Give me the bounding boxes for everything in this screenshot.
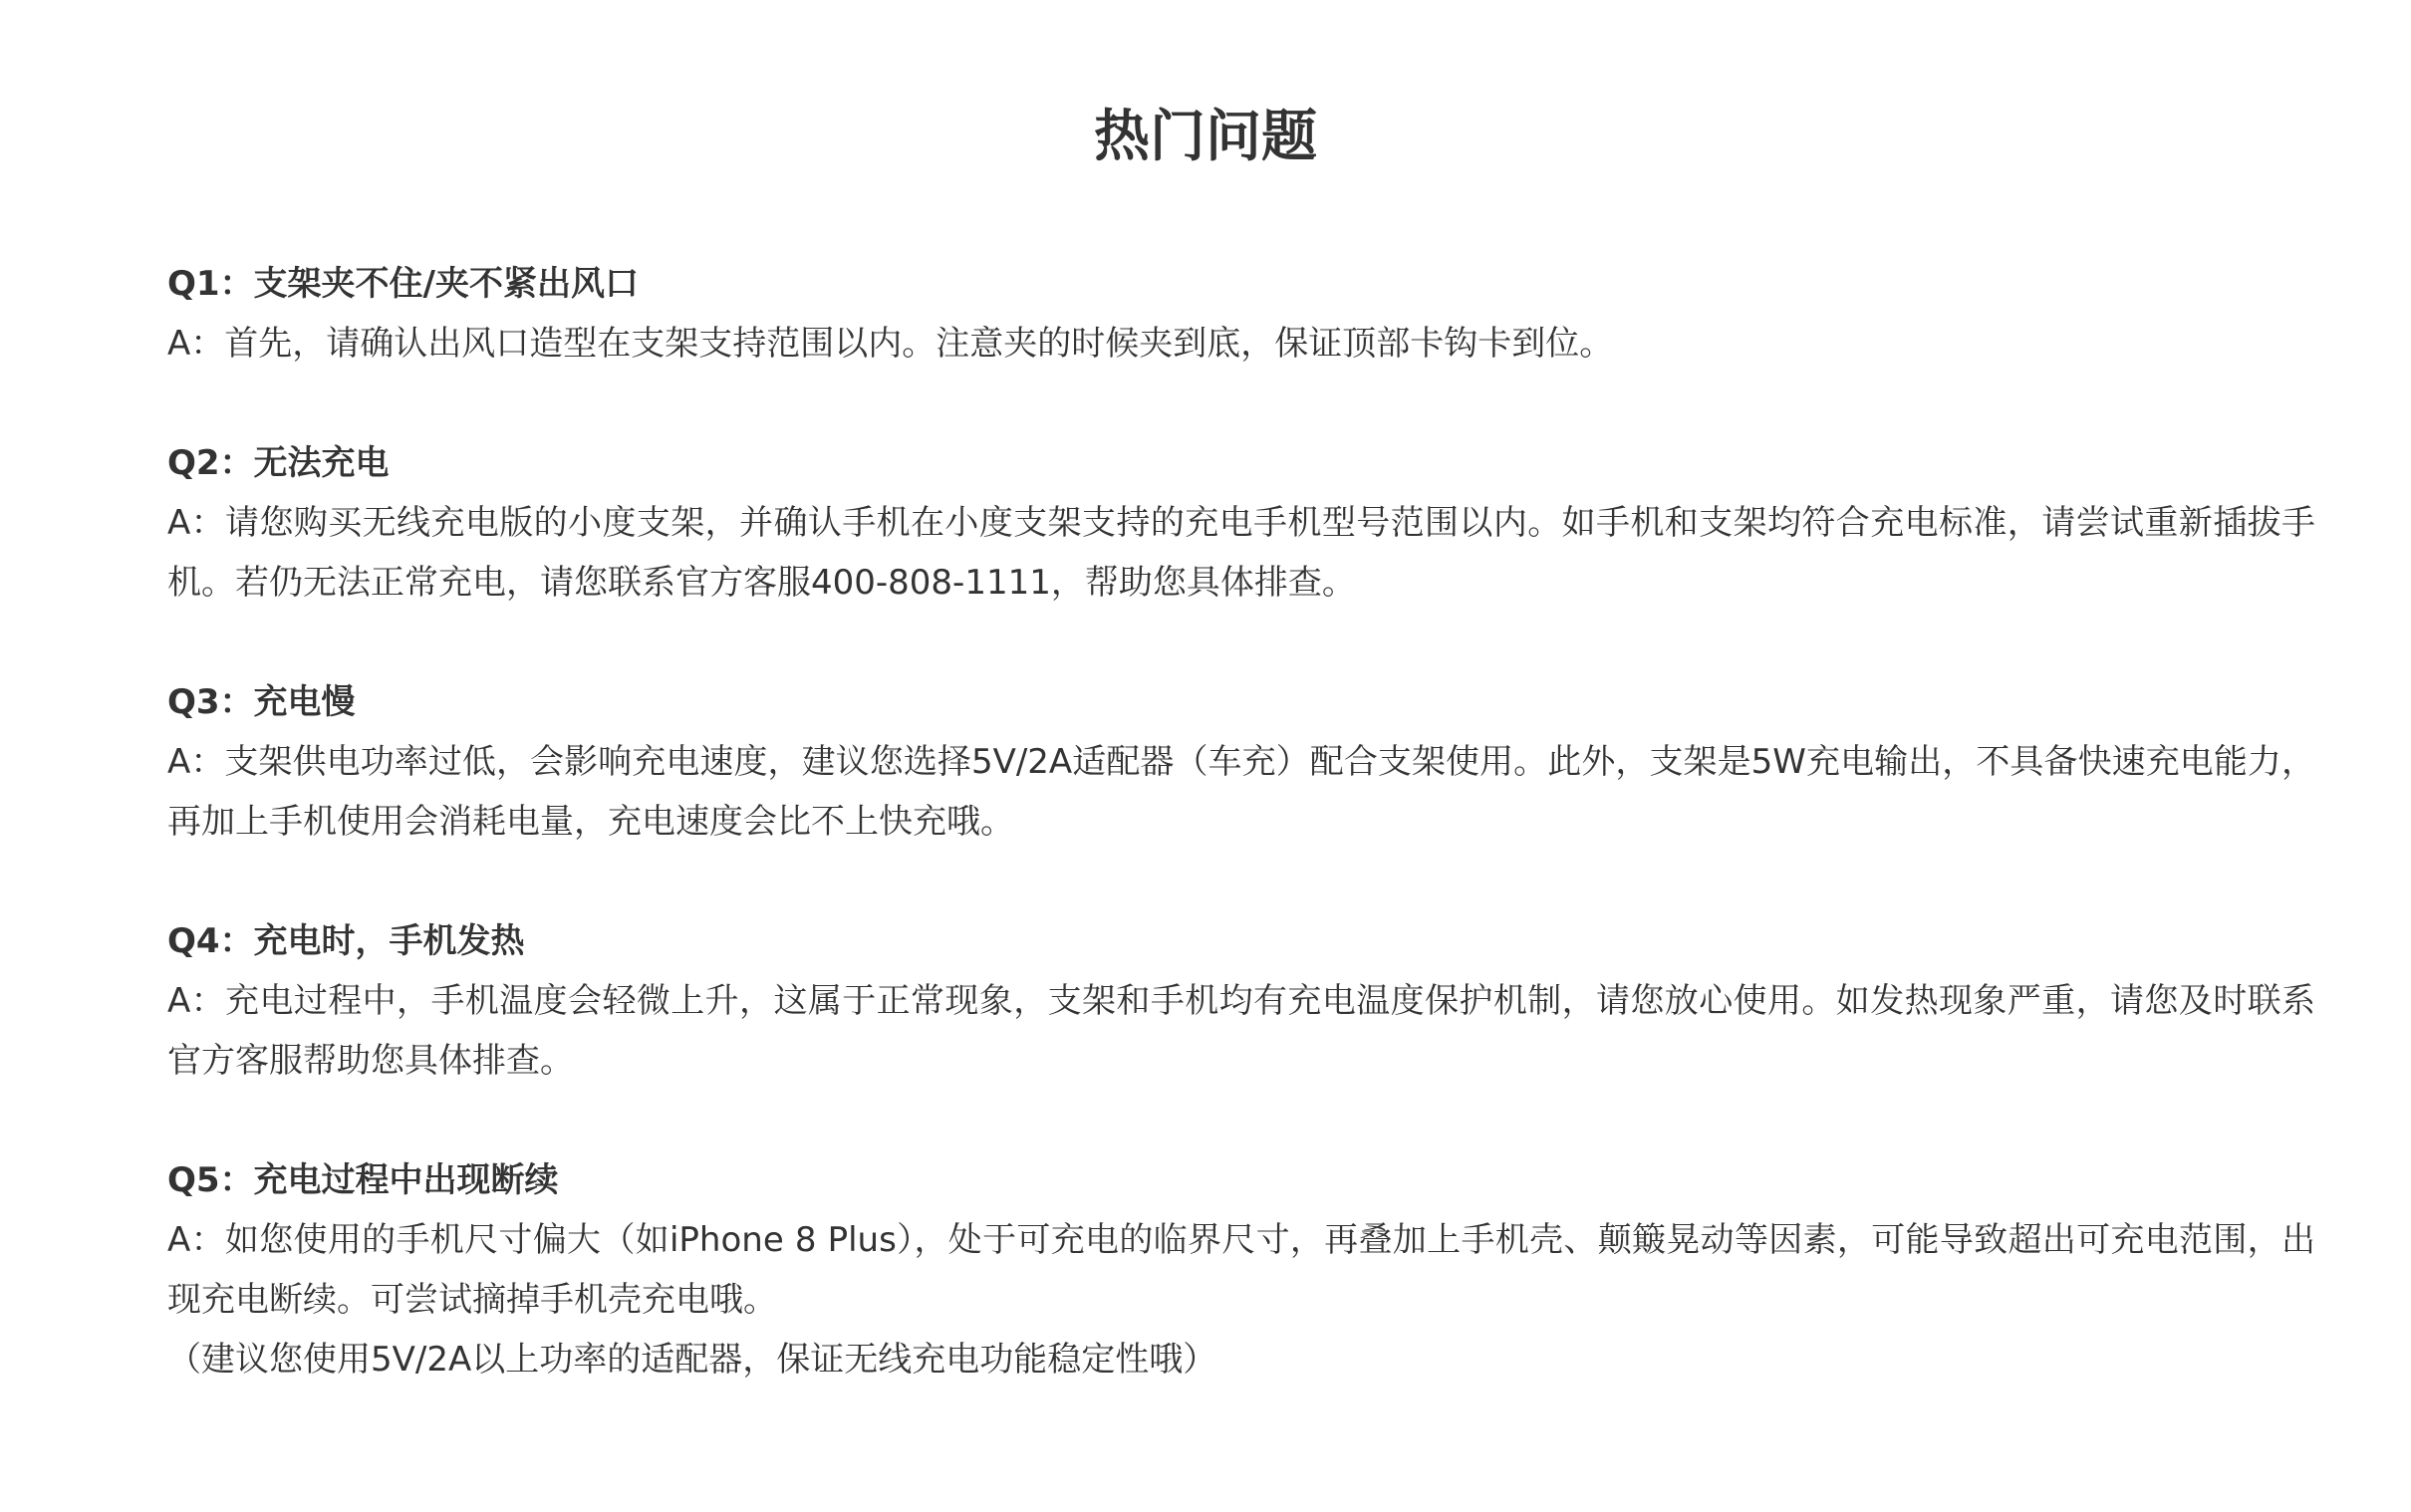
faq-question: Q2：无法充电 xyxy=(167,433,2315,493)
faq-list: Q1：支架夹不住/夹不紧出风口 A：首先，请确认出风口造型在支架支持范围以内。注… xyxy=(167,254,2315,1449)
faq-answer: A：首先，请确认出风口造型在支架支持范围以内。注意夹的时候夹到底，保证顶部卡钩卡… xyxy=(167,314,2315,374)
faq-note: （建议您使用5V/2A以上功率的适配器，保证无线充电功能稳定性哦） xyxy=(167,1330,2315,1389)
faq-question: Q1：支架夹不住/夹不紧出风口 xyxy=(167,254,2315,314)
faq-page: 热门问题 Q1：支架夹不住/夹不紧出风口 A：首先，请确认出风口造型在支架支持范… xyxy=(0,0,2411,1512)
faq-item-2: Q2：无法充电 A：请您购买无线充电版的小度支架，并确认手机在小度支架支持的充电… xyxy=(167,433,2315,613)
faq-answer: A：请您购买无线充电版的小度支架，并确认手机在小度支架支持的充电手机型号范围以内… xyxy=(167,493,2315,613)
faq-answer: A：充电过程中，手机温度会轻微上升，这属于正常现象，支架和手机均有充电温度保护机… xyxy=(167,971,2315,1091)
faq-answer: A：支架供电功率过低，会影响充电速度，建议您选择5V/2A适配器（车充）配合支架… xyxy=(167,732,2315,852)
page-title: 热门问题 xyxy=(0,100,2411,175)
faq-question: Q5：充电过程中出现断续 xyxy=(167,1150,2315,1210)
faq-item-5: Q5：充电过程中出现断续 A：如您使用的手机尺寸偏大（如iPhone 8 Plu… xyxy=(167,1150,2315,1389)
faq-question: Q3：充电慢 xyxy=(167,672,2315,732)
faq-answer: A：如您使用的手机尺寸偏大（如iPhone 8 Plus），处于可充电的临界尺寸… xyxy=(167,1210,2315,1330)
faq-item-1: Q1：支架夹不住/夹不紧出风口 A：首先，请确认出风口造型在支架支持范围以内。注… xyxy=(167,254,2315,374)
faq-item-4: Q4：充电时，手机发热 A：充电过程中，手机温度会轻微上升，这属于正常现象，支架… xyxy=(167,911,2315,1091)
faq-item-3: Q3：充电慢 A：支架供电功率过低，会影响充电速度，建议您选择5V/2A适配器（… xyxy=(167,672,2315,852)
faq-question: Q4：充电时，手机发热 xyxy=(167,911,2315,971)
